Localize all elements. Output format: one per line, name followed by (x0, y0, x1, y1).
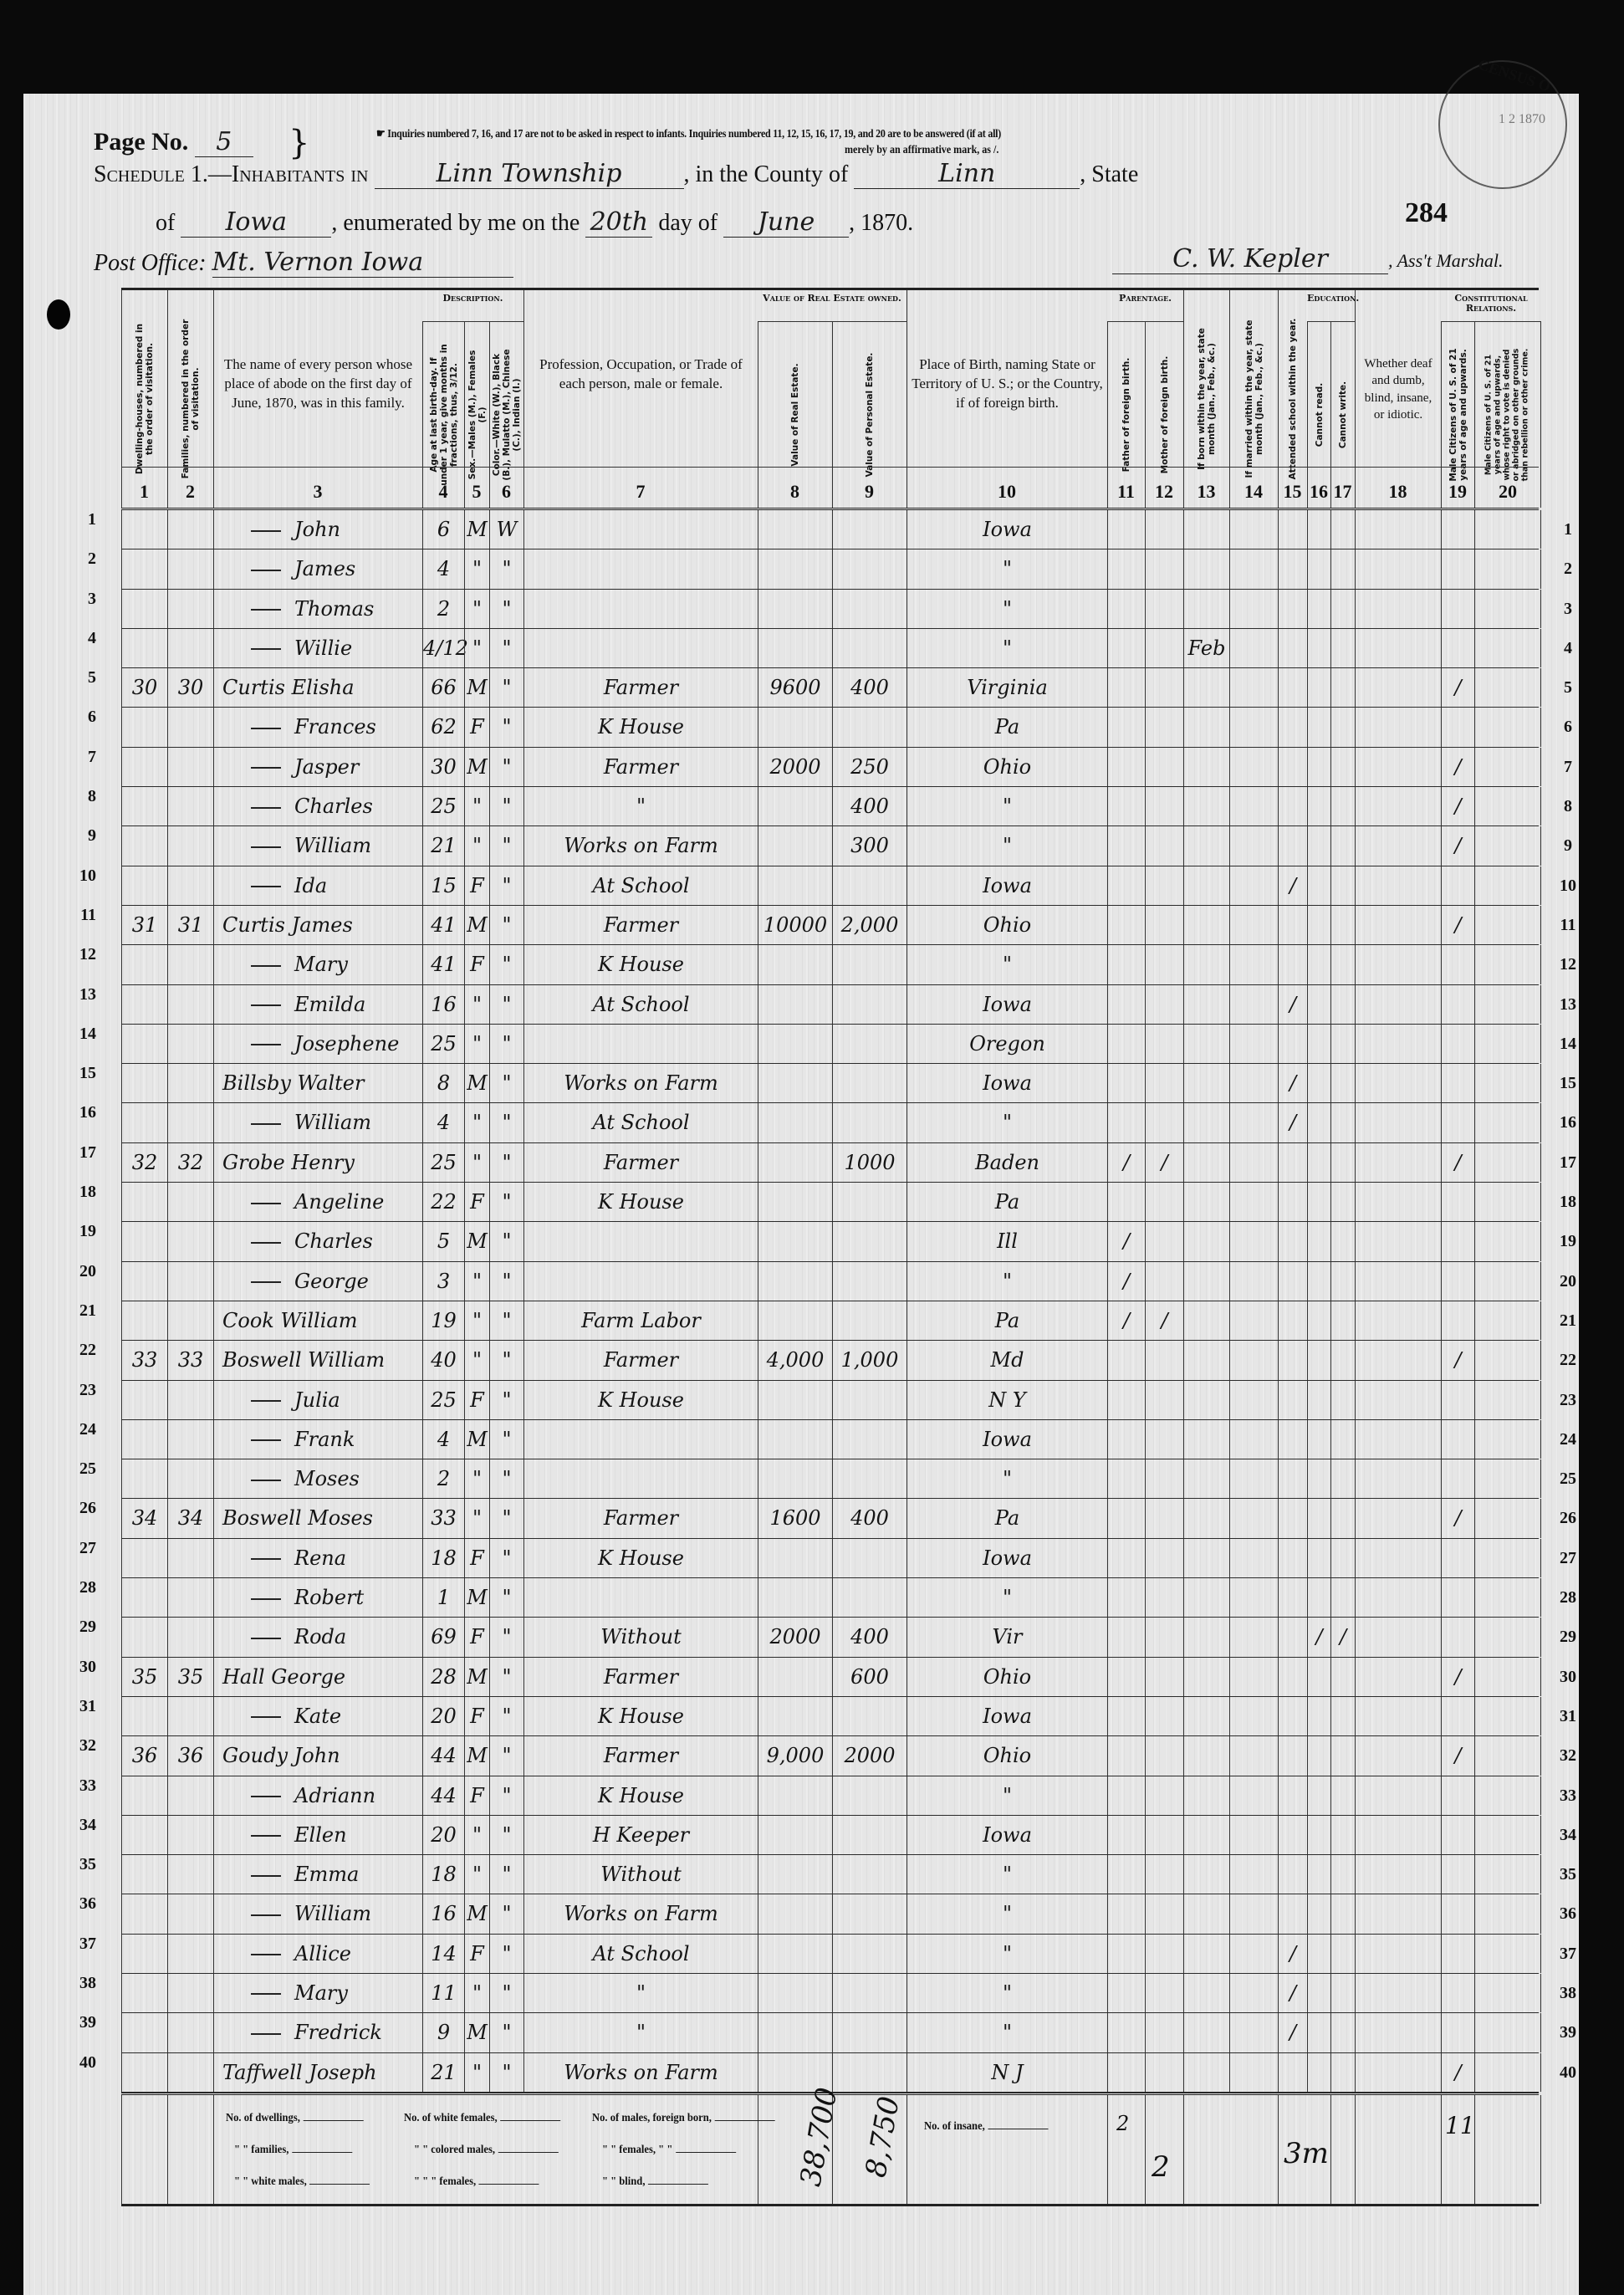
ditto-dash (251, 1835, 281, 1837)
cell-family (167, 1064, 213, 1102)
line-number-right: 22 (1551, 1341, 1585, 1380)
table-row: 323636Goudy John44M"Farmer9,0002000Ohio/… (121, 1736, 1539, 1776)
cell-mother-foreign: / (1145, 1143, 1183, 1182)
table-row: 24Frank4M"Iowa24 (121, 1420, 1539, 1459)
footer-foreign-females: " " females, " " (602, 2144, 736, 2157)
cell-cannot-read (1307, 1736, 1330, 1775)
cell-family (167, 1262, 213, 1301)
given-name: Henry (291, 1151, 355, 1174)
line-number-left: 35 (71, 1855, 96, 1874)
cell-age: 20 (422, 1697, 464, 1735)
cell-color: " (489, 1776, 523, 1815)
cell-real-estate (758, 1381, 832, 1419)
day-field: 20th (585, 207, 652, 238)
cell-color: " (489, 1222, 523, 1260)
ditto-dash (251, 2033, 281, 2035)
cell-denied (1474, 1618, 1541, 1656)
line-number-left: 3 (71, 590, 96, 609)
cell-citizen: / (1441, 906, 1474, 944)
cell-family (167, 945, 213, 984)
given-name: Adriann (294, 1784, 375, 1807)
line-number-left: 9 (71, 826, 96, 846)
table-row: 13Emilda16""At SchoolIowa/13 (121, 985, 1539, 1025)
cell-cannot-write (1330, 748, 1355, 786)
month-field: June (723, 207, 849, 238)
given-name: George (271, 1665, 345, 1689)
cell-family (167, 549, 213, 588)
cell-personal-estate (832, 1697, 906, 1735)
cell-cannot-write (1330, 668, 1355, 707)
cell-occupation: Farmer (523, 748, 758, 786)
cell-infirm (1355, 708, 1441, 746)
cell-cannot-read (1307, 1103, 1330, 1142)
cell-real-estate (758, 1222, 832, 1260)
table-row: 23Julia25F"K HouseN Y23 (121, 1381, 1539, 1420)
cell-birthplace: " (906, 826, 1107, 865)
line-number-left: 33 (71, 1776, 96, 1796)
cell-infirm (1355, 1341, 1441, 1379)
cell-school (1278, 826, 1307, 865)
cell-dwelling (121, 1381, 167, 1419)
cell-cannot-write (1330, 1894, 1355, 1933)
page-number-value: 5 (195, 127, 253, 157)
cell-citizen (1441, 985, 1474, 1024)
schedule-line: Schedule 1.—Inhabitants in Linn Township… (94, 159, 1138, 189)
cell-married-month (1229, 866, 1278, 905)
table-row: 34Ellen20""H KeeperIowa34 (121, 1816, 1539, 1855)
cell-occupation: Farmer (523, 906, 758, 944)
cell-real-estate (758, 1183, 832, 1221)
cell-cannot-read (1307, 1025, 1330, 1063)
group-real-estate: Value of Real Estate owned. (758, 290, 906, 322)
cell-cannot-read (1307, 1341, 1330, 1379)
cell-personal-estate (832, 708, 906, 746)
given-name: William (308, 1348, 385, 1372)
cell-mother-foreign (1145, 1420, 1183, 1459)
cell-denied (1474, 1143, 1541, 1182)
cell-married-month (1229, 1736, 1278, 1775)
cell-color: " (489, 826, 523, 865)
cell-father-foreign (1107, 787, 1145, 825)
cell-married-month (1229, 985, 1278, 1024)
cell-family (167, 1103, 213, 1142)
cell-family (167, 708, 213, 746)
cell-school (1278, 1894, 1307, 1933)
cell-denied (1474, 1578, 1541, 1617)
cell-school (1278, 1262, 1307, 1301)
cell-birthplace: Iowa (906, 985, 1107, 1024)
line-number-right: 15 (1551, 1064, 1585, 1103)
ditto-dash (251, 1716, 281, 1718)
line-number-right: 31 (1551, 1697, 1585, 1736)
cell-dwelling (121, 708, 167, 746)
cell-birthplace: Md (906, 1341, 1107, 1379)
cell-sex: F (464, 1381, 489, 1419)
line-number-left: 19 (71, 1222, 96, 1241)
ditto-dash (251, 1598, 281, 1600)
cell-cannot-read (1307, 2053, 1330, 2092)
cell-real-estate (758, 1855, 832, 1894)
line-number-right: 5 (1551, 668, 1585, 708)
cell-family (167, 1381, 213, 1419)
cell-sex: " (464, 1103, 489, 1142)
cell-sex: F (464, 708, 489, 746)
given-name: James (292, 913, 353, 937)
cell-mother-foreign (1145, 1262, 1183, 1301)
line-number-left: 31 (71, 1697, 96, 1716)
cell-born-month (1183, 1459, 1229, 1498)
cell-family (167, 1222, 213, 1260)
ditto-dash (251, 807, 281, 809)
cell-mother-foreign (1145, 1816, 1183, 1854)
cell-cannot-read (1307, 945, 1330, 984)
cell-age: 2 (422, 1459, 464, 1498)
cell-denied (1474, 866, 1541, 905)
cell-denied (1474, 1183, 1541, 1221)
cell-cannot-write (1330, 1855, 1355, 1894)
cell-sex: F (464, 866, 489, 905)
footer-colored-males: " " colored males, (414, 2144, 559, 2157)
ditto-dash (251, 1044, 281, 1045)
cell-name: Fredrick (213, 2013, 422, 2052)
cell-name: Ellen (213, 1816, 422, 1854)
line-number-right: 12 (1551, 945, 1585, 984)
cell-personal-estate (832, 1025, 906, 1063)
cell-real-estate (758, 1064, 832, 1102)
cell-married-month (1229, 1301, 1278, 1340)
cell-citizen (1441, 1301, 1474, 1340)
cell-cannot-read (1307, 906, 1330, 944)
surname: Goudy (222, 1744, 288, 1767)
cell-sex: " (464, 1025, 489, 1063)
table-row: 40Taffwell Joseph21""Works on FarmN J/40 (121, 2053, 1539, 2093)
cell-married-month (1229, 1499, 1278, 1537)
line-number-left: 27 (71, 1539, 96, 1558)
given-name: Charles (294, 1229, 373, 1253)
cell-mother-foreign (1145, 590, 1183, 628)
cell-birthplace: Iowa (906, 1064, 1107, 1102)
ditto-dash (251, 609, 281, 611)
cell-denied (1474, 1420, 1541, 1459)
cell-born-month (1183, 590, 1229, 628)
cell-dwelling: 32 (121, 1143, 167, 1182)
cell-father-foreign (1107, 1539, 1145, 1577)
cell-born-month (1183, 1143, 1229, 1182)
group-parentage: Parentage. (1107, 290, 1183, 322)
line-number-left: 26 (71, 1499, 96, 1518)
cell-citizen (1441, 2013, 1474, 2052)
cell-mother-foreign (1145, 668, 1183, 707)
line-number-right: 4 (1551, 629, 1585, 668)
cell-color: " (489, 1578, 523, 1617)
ditto-dash (251, 1123, 281, 1125)
cell-birthplace: " (906, 629, 1107, 667)
county-field: Linn (854, 159, 1080, 189)
cell-real-estate (758, 708, 832, 746)
table-row: 7Jasper30M"Farmer2000250Ohio/7 (121, 748, 1539, 787)
line-number-right: 13 (1551, 985, 1585, 1025)
cell-citizen (1441, 1025, 1474, 1063)
cell-personal-estate (832, 1222, 906, 1260)
cell-sex: " (464, 1341, 489, 1379)
cell-denied (1474, 1025, 1541, 1063)
cell-school (1278, 1143, 1307, 1182)
cell-occupation: Farmer (523, 1499, 758, 1537)
cell-color: " (489, 1697, 523, 1735)
cell-cannot-read (1307, 1420, 1330, 1459)
cell-birthplace: Iowa (906, 1697, 1107, 1735)
cell-father-foreign (1107, 708, 1145, 746)
cell-dwelling (121, 945, 167, 984)
cell-married-month (1229, 1420, 1278, 1459)
cell-cannot-write (1330, 1974, 1355, 2012)
cell-personal-estate (832, 510, 906, 549)
cell-citizen: / (1441, 1658, 1474, 1696)
cell-citizen (1441, 1697, 1474, 1735)
cell-name: Moses (213, 1459, 422, 1498)
cell-denied (1474, 629, 1541, 667)
cell-sex: F (464, 1697, 489, 1735)
line-number-right: 1 (1551, 510, 1585, 549)
cell-birthplace: Ohio (906, 1658, 1107, 1696)
cell-name: Julia (213, 1381, 422, 1419)
cell-occupation: Farmer (523, 1736, 758, 1775)
cell-age: 4/12 (422, 629, 464, 667)
cell-citizen (1441, 1539, 1474, 1577)
cell-age: 19 (422, 1301, 464, 1340)
cell-age: 28 (422, 1658, 464, 1696)
cell-personal-estate: 400 (832, 1618, 906, 1656)
line-number-right: 19 (1551, 1222, 1585, 1261)
cell-father-foreign: / (1107, 1222, 1145, 1260)
cell-name: Curtis Elisha (213, 668, 422, 707)
cell-father-foreign (1107, 945, 1145, 984)
cell-sex: " (464, 590, 489, 628)
cell-real-estate (758, 787, 832, 825)
cell-personal-estate (832, 1301, 906, 1340)
cell-personal-estate: 400 (832, 787, 906, 825)
cell-birthplace: " (906, 1262, 1107, 1301)
line-number-left: 25 (71, 1459, 96, 1479)
line-number-right: 34 (1551, 1816, 1585, 1855)
cell-citizen (1441, 1222, 1474, 1260)
cell-cannot-write (1330, 1539, 1355, 1577)
cell-color: " (489, 945, 523, 984)
cell-born-month (1183, 1301, 1229, 1340)
table-body: 1John6MWIowa12James4"""23Thomas2"""34Wil… (121, 510, 1539, 2093)
line-number-right: 11 (1551, 906, 1585, 945)
cell-age: 25 (422, 1381, 464, 1419)
cell-denied (1474, 1776, 1541, 1815)
cell-sex: " (464, 985, 489, 1024)
cell-school (1278, 1301, 1307, 1340)
cell-father-foreign (1107, 1459, 1145, 1498)
cell-family (167, 2013, 213, 2052)
given-name: George (294, 1270, 369, 1293)
ditto-dash (251, 1638, 281, 1639)
cell-infirm (1355, 787, 1441, 825)
cell-denied (1474, 1064, 1541, 1102)
cell-mother-foreign (1145, 1618, 1183, 1656)
cell-dwelling (121, 1262, 167, 1301)
cell-personal-estate (832, 1578, 906, 1617)
cell-color: " (489, 1103, 523, 1142)
surname: Curtis (222, 676, 285, 699)
table-row: 8Charles25"""400"/8 (121, 787, 1539, 826)
line-number-left: 17 (71, 1143, 96, 1163)
cell-mother-foreign (1145, 1499, 1183, 1537)
cell-father-foreign (1107, 1578, 1145, 1617)
cell-born-month (1183, 510, 1229, 549)
instructions-note: ☛ Inquiries numbered 7, 16, and 17 are n… (376, 127, 1001, 141)
cell-married-month (1229, 1539, 1278, 1577)
line-number-right: 7 (1551, 748, 1585, 787)
cell-school (1278, 1341, 1307, 1379)
cell-personal-estate: 300 (832, 826, 906, 865)
cell-name: George (213, 1262, 422, 1301)
line-number-right: 16 (1551, 1103, 1585, 1142)
cell-family: 34 (167, 1499, 213, 1537)
table-row: 303535Hall George28M"Farmer600Ohio/30 (121, 1658, 1539, 1697)
cell-mother-foreign (1145, 1103, 1183, 1142)
cell-age: 4 (422, 1420, 464, 1459)
cell-married-month (1229, 1459, 1278, 1498)
ditto-dash (251, 1558, 281, 1560)
cell-cannot-read (1307, 1499, 1330, 1537)
cell-citizen: / (1441, 1143, 1474, 1182)
cell-mother-foreign (1145, 1776, 1183, 1815)
cell-father-foreign (1107, 510, 1145, 549)
cell-real-estate (758, 1143, 832, 1182)
cell-mother-foreign (1145, 1697, 1183, 1735)
cell-infirm (1355, 1894, 1441, 1933)
ditto-dash (251, 1480, 281, 1481)
cell-denied (1474, 510, 1541, 549)
cell-citizen: / (1441, 668, 1474, 707)
cell-born-month (1183, 668, 1229, 707)
cell-occupation (523, 1420, 758, 1459)
cell-sex: " (464, 1816, 489, 1854)
cell-father-foreign (1107, 1816, 1145, 1854)
cell-name: Charles (213, 787, 422, 825)
cell-mother-foreign (1145, 787, 1183, 825)
ditto-dash (251, 1875, 281, 1877)
ditto-dash (251, 1439, 281, 1441)
surname: Billsby (222, 1071, 291, 1095)
ditto-dash (251, 1242, 281, 1244)
cell-citizen: / (1441, 787, 1474, 825)
cell-born-month (1183, 1816, 1229, 1854)
cell-real-estate (758, 985, 832, 1024)
cell-denied (1474, 985, 1541, 1024)
cell-father-foreign (1107, 1894, 1145, 1933)
cell-color: " (489, 668, 523, 707)
cell-citizen (1441, 945, 1474, 984)
cell-color: " (489, 708, 523, 746)
table-row: 113131Curtis James41M"Farmer100002,000Oh… (121, 906, 1539, 945)
given-name: Joseph (309, 2061, 376, 2084)
cell-mother-foreign (1145, 1658, 1183, 1696)
cell-age: 16 (422, 1894, 464, 1933)
cell-infirm (1355, 2013, 1441, 2052)
cell-cannot-read (1307, 1064, 1330, 1102)
cell-cannot-read (1307, 1539, 1330, 1577)
group-description: Description. (422, 290, 523, 322)
line-number-right: 21 (1551, 1301, 1585, 1341)
line-number-left: 12 (71, 945, 96, 964)
cell-family (167, 1974, 213, 2012)
cell-citizen (1441, 1894, 1474, 1933)
cell-school (1278, 668, 1307, 707)
cell-dwelling (121, 1618, 167, 1656)
cell-sex: M (464, 668, 489, 707)
cell-mother-foreign (1145, 1974, 1183, 2012)
cell-sex: M (464, 906, 489, 944)
cell-born-month (1183, 985, 1229, 1024)
cell-born-month (1183, 787, 1229, 825)
cell-mother-foreign (1145, 2013, 1183, 2052)
table-row: 38Mary11""""/38 (121, 1974, 1539, 2013)
cell-born-month (1183, 708, 1229, 746)
cell-school (1278, 1459, 1307, 1498)
cell-occupation: Works on Farm (523, 1894, 758, 1933)
cell-denied (1474, 2013, 1541, 2052)
line-number-left: 16 (71, 1103, 96, 1122)
cell-birthplace: Virginia (906, 668, 1107, 707)
cell-color: " (489, 1855, 523, 1894)
total-mother-foreign: 2 (1152, 2150, 1170, 2184)
cell-infirm (1355, 1301, 1441, 1340)
cell-cannot-read (1307, 1301, 1330, 1340)
cell-occupation: Without (523, 1618, 758, 1656)
cell-color: " (489, 1381, 523, 1419)
table-row: 15Billsby Walter8M"Works on FarmIowa/15 (121, 1064, 1539, 1103)
ditto-dash (251, 767, 281, 769)
table-row: 1John6MWIowa1 (121, 510, 1539, 549)
cell-occupation (523, 629, 758, 667)
cell-sex: M (464, 1578, 489, 1617)
cell-occupation: K House (523, 1539, 758, 1577)
cell-infirm (1355, 1935, 1441, 1973)
given-name: Josephene (294, 1032, 399, 1055)
cell-father-foreign (1107, 1935, 1145, 1973)
cell-citizen (1441, 1578, 1474, 1617)
cell-cannot-write (1330, 1459, 1355, 1498)
cell-color: " (489, 1658, 523, 1696)
cell-married-month (1229, 1618, 1278, 1656)
cell-school (1278, 629, 1307, 667)
cell-school: / (1278, 866, 1307, 905)
cell-dwelling: 31 (121, 906, 167, 944)
cell-mother-foreign (1145, 510, 1183, 549)
cell-born-month (1183, 1697, 1229, 1735)
cell-name: Taffwell Joseph (213, 2053, 422, 2092)
cell-sex: M (464, 1894, 489, 1933)
cell-real-estate (758, 629, 832, 667)
cell-cannot-write (1330, 1776, 1355, 1815)
ditto-dash (251, 1796, 281, 1797)
cell-birthplace: Pa (906, 1499, 1107, 1537)
cell-born-month (1183, 1025, 1229, 1063)
cell-married-month (1229, 510, 1278, 549)
table-row: 4Willie4/12"""Feb4 (121, 629, 1539, 668)
cell-born-month (1183, 1855, 1229, 1894)
footer-foreign-males: No. of males, foreign born, (592, 2112, 775, 2125)
cell-occupation: K House (523, 1381, 758, 1419)
line-number-right: 3 (1551, 590, 1585, 629)
surname: Boswell (222, 1348, 302, 1372)
cell-citizen (1441, 1103, 1474, 1142)
